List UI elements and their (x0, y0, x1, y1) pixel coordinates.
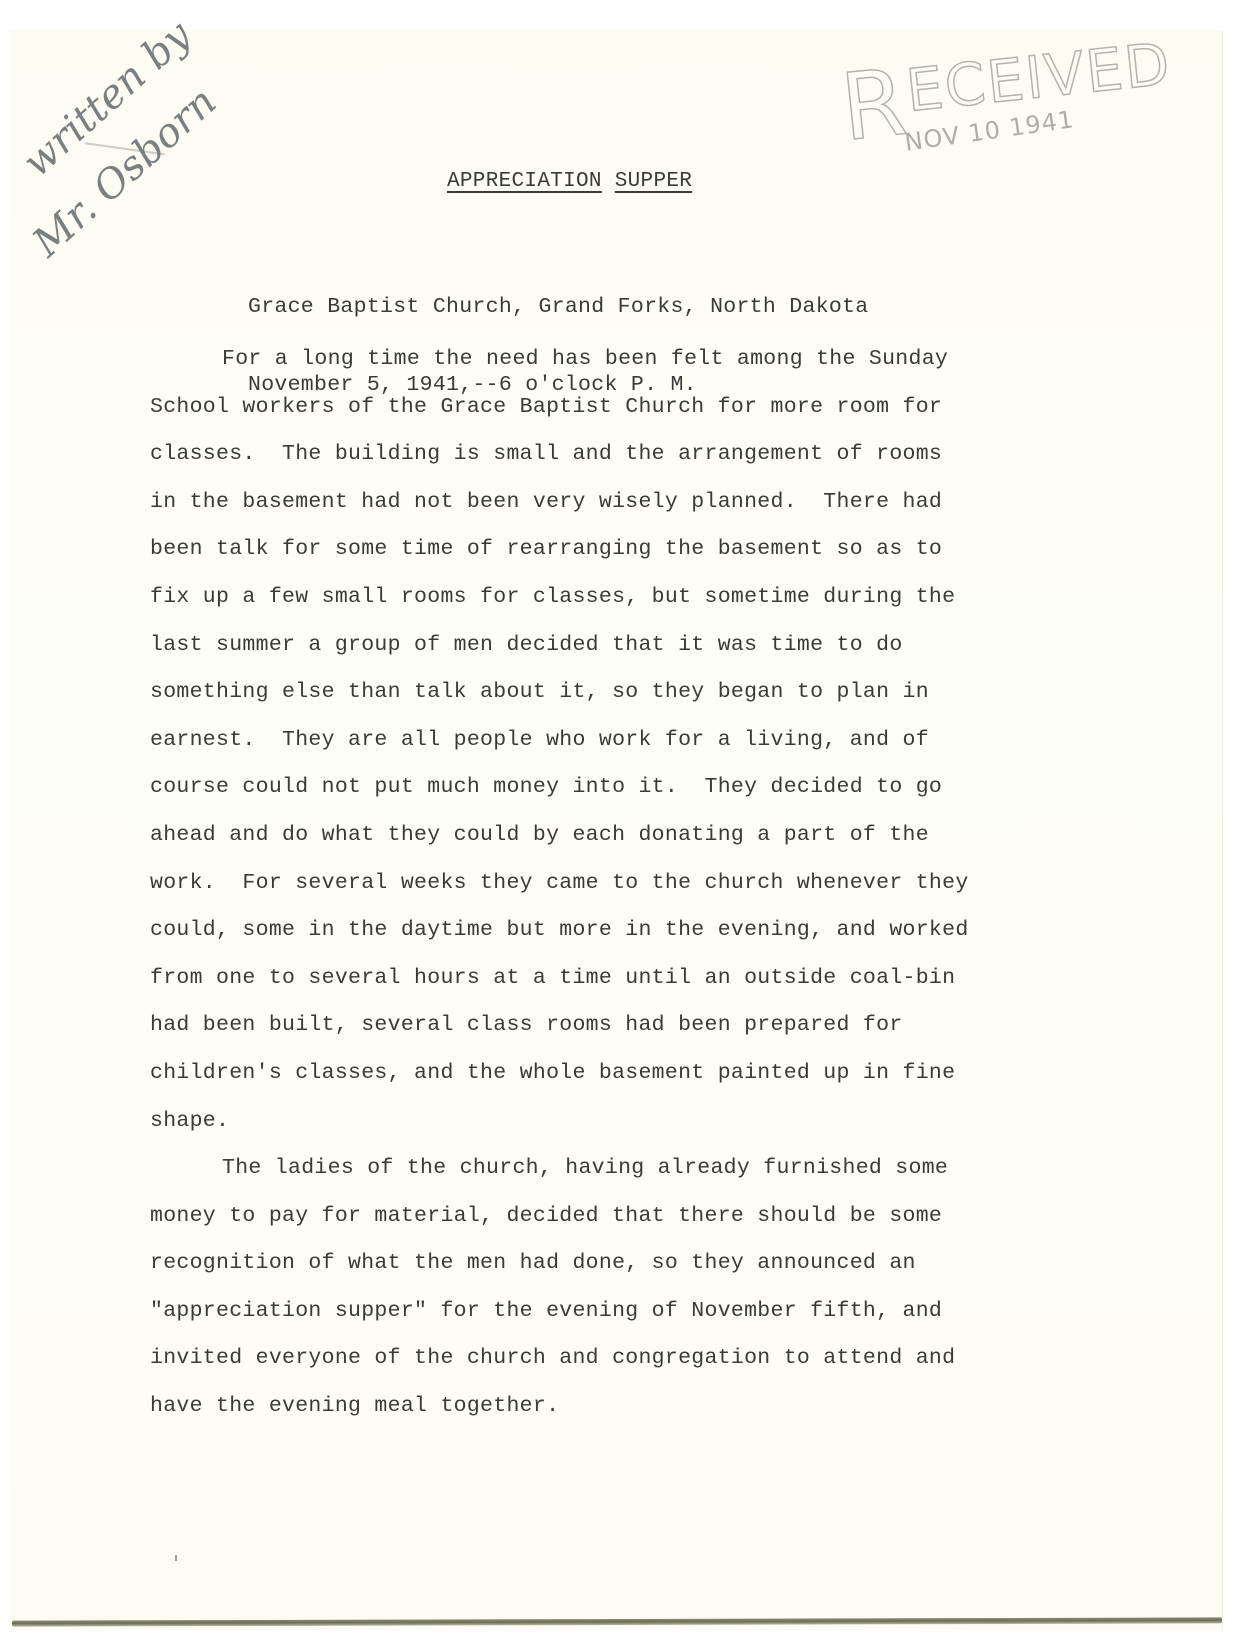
body-line: work. For several weeks they came to the… (150, 860, 969, 908)
body-line: ahead and do what they could by each don… (150, 812, 969, 860)
body-line: School workers of the Grace Baptist Chur… (150, 384, 969, 432)
body-line: have the evening meal together. (150, 1383, 969, 1431)
paper-speck (175, 1555, 177, 1561)
body-line: could, some in the daytime but more in t… (150, 907, 969, 955)
body-line: fix up a few small rooms for classes, bu… (150, 574, 969, 622)
body-line: had been built, several class rooms had … (150, 1002, 969, 1050)
subhead-location: Grace Baptist Church, Grand Forks, North… (248, 294, 869, 320)
body-line: "appreciation supper" for the evening of… (150, 1288, 969, 1336)
title-word-1: APPRECIATION (447, 170, 602, 193)
body-line: from one to several hours at a time unti… (150, 955, 969, 1003)
body-line: course could not put much money into it.… (150, 764, 969, 812)
body-line: The ladies of the church, having already… (150, 1145, 969, 1193)
body-line: classes. The building is small and the a… (150, 431, 969, 479)
body-line: earnest. They are all people who work fo… (150, 717, 969, 765)
body-line: For a long time the need has been felt a… (150, 336, 969, 384)
body-line: shape. (150, 1098, 969, 1146)
body-line: children's classes, and the whole baseme… (150, 1050, 969, 1098)
body-line: recognition of what the men had done, so… (150, 1240, 969, 1288)
body-line: in the basement had not been very wisely… (150, 479, 969, 527)
body-line: money to pay for material, decided that … (150, 1193, 969, 1241)
body-line: last summer a group of men decided that … (150, 622, 969, 670)
document-body: For a long time the need has been felt a… (150, 336, 969, 1431)
title-word-2: SUPPER (615, 170, 692, 193)
document-title: APPRECIATION SUPPER (447, 170, 692, 193)
body-line: invited everyone of the church and congr… (150, 1335, 969, 1383)
body-line: been talk for some time of rearranging t… (150, 526, 969, 574)
body-line: something else than talk about it, so th… (150, 669, 969, 717)
